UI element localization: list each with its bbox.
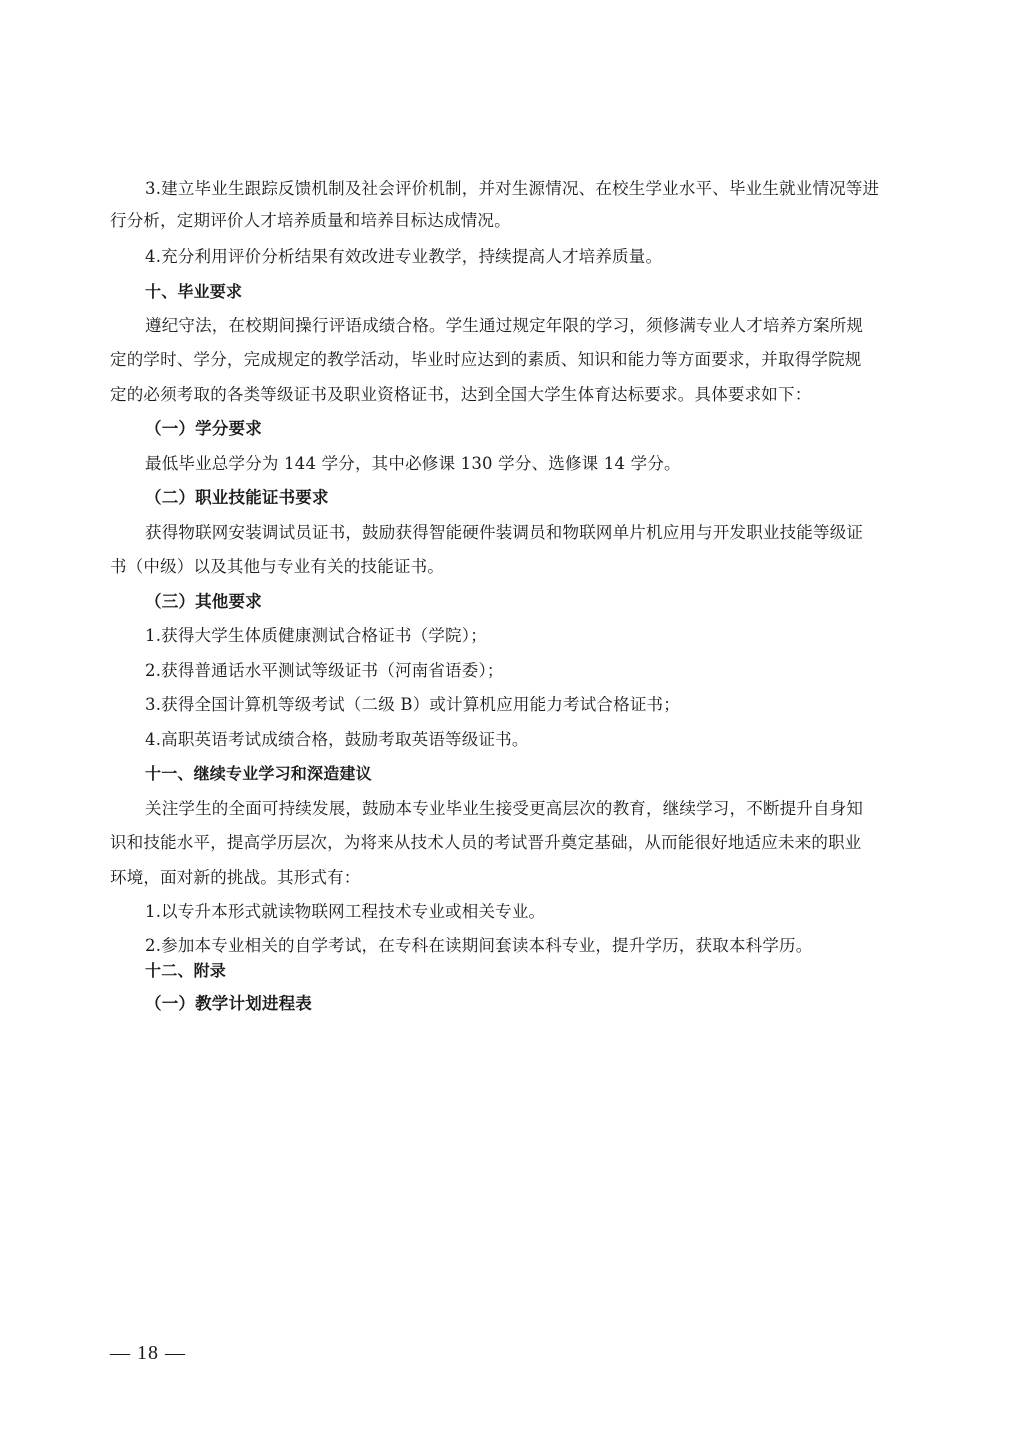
page-number: — 18 — [110,1342,186,1365]
subsection-heading: （一）教学计划进程表 [145,993,312,1015]
paragraph-line: 识和技能水平，提高学历层次，为将来从技术人员的考试晋升奠定基础，从而能很好地适应… [110,832,862,854]
subsection-heading: （三）其他要求 [145,591,262,613]
document-page: 3.建立毕业生跟踪反馈机制及社会评价机制，并对生源情况、在校生学业水平、毕业生就… [0,0,1024,1448]
subsection-heading: （一）学分要求 [145,418,262,440]
paragraph-line: 4.高职英语考试成绩合格，鼓励考取英语等级证书。 [145,729,529,751]
paragraph-line: 4.充分利用评价分析结果有效改进专业教学，持续提高人才培养质量。 [145,246,662,268]
paragraph-line: 环境，面对新的挑战。其形式有： [110,867,361,889]
paragraph-line: 1.以专升本形式就读物联网工程技术专业或相关专业。 [145,901,545,923]
section-heading: 十二、附录 [145,960,226,982]
paragraph-line: 1.获得大学生体质健康测试合格证书（学院）； [145,625,487,647]
paragraph-line: 最低毕业总学分为 144 学分，其中必修课 130 学分、选修课 14 学分。 [145,453,681,475]
paragraph-line: 遵纪守法，在校期间操行评语成绩合格。学生通过规定年限的学习，须修满专业人才培养方… [145,315,863,337]
paragraph-line: 2.获得普通话水平测试等级证书（河南省语委）； [145,660,504,682]
paragraph-line: 书（中级）以及其他与专业有关的技能证书。 [110,556,444,578]
paragraph-line: 定的必须考取的各类等级证书及职业资格证书，达到全国大学生体育达标要求。具体要求如… [110,384,811,406]
paragraph-line: 关注学生的全面可持续发展，鼓励本专业毕业生接受更高层次的教育，继续学习，不断提升… [145,798,863,820]
paragraph-line: 定的学时、学分，完成规定的教学活动，毕业时应达到的素质、知识和能力等方面要求，并… [110,349,862,371]
paragraph-line: 3.建立毕业生跟踪反馈机制及社会评价机制，并对生源情况、在校生学业水平、毕业生就… [145,178,879,200]
paragraph-line: 获得物联网安装调试员证书，鼓励获得智能硬件装调员和物联网单片机应用与开发职业技能… [145,522,863,544]
paragraph-line: 2.参加本专业相关的自学考试，在专科在读期间套读本科专业，提升学历，获取本科学历… [145,935,812,957]
paragraph-line: 3.获得全国计算机等级考试（二级 B）或计算机应用能力考试合格证书； [145,694,680,716]
section-heading: 十、毕业要求 [145,281,242,303]
section-heading: 十一、继续专业学习和深造建议 [145,763,372,785]
paragraph-line: 行分析，定期评价人才培养质量和培养目标达成情况。 [110,210,511,232]
subsection-heading: （二）职业技能证书要求 [145,487,329,509]
